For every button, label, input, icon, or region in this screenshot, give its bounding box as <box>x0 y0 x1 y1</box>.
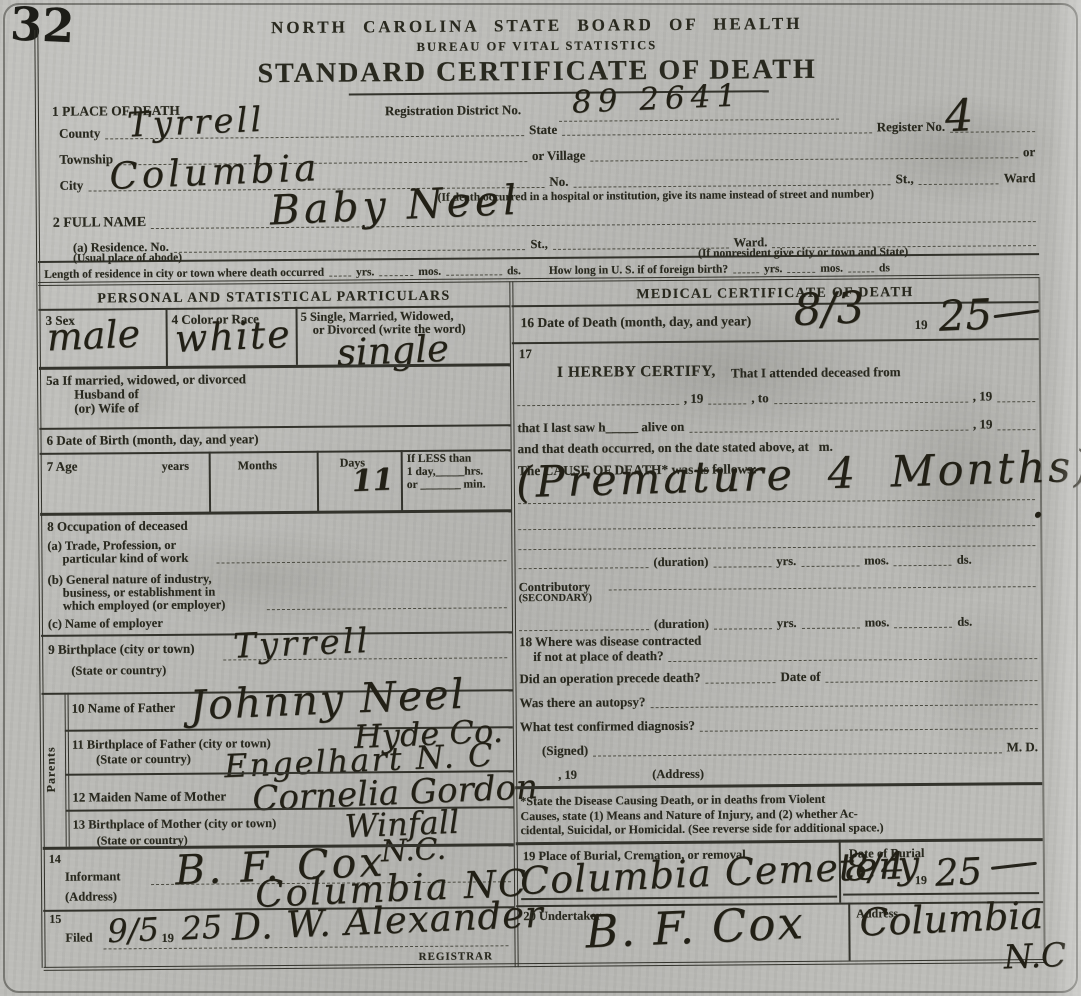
st-label: St., <box>896 171 914 187</box>
blank-line <box>705 681 775 684</box>
left-border <box>34 30 45 968</box>
duration-label: (duration) <box>654 617 709 632</box>
county-value: Tyrrell <box>126 100 265 146</box>
blank-line <box>708 402 746 404</box>
rule <box>40 509 511 516</box>
ds-label: ds <box>879 262 890 274</box>
register-no-value: 4 <box>944 90 974 142</box>
cell-divider <box>295 307 297 365</box>
ward-label: Ward <box>1004 170 1036 186</box>
date-of-death-year-prefix: 19 <box>915 317 928 333</box>
blank-line <box>774 401 968 405</box>
cell-divider <box>209 452 211 513</box>
blank-line <box>518 524 1035 530</box>
date-of-death-label: 16 Date of Death (month, day, and year) <box>521 313 752 331</box>
burial-date-value: 8/4 <box>844 844 905 890</box>
filed-label: Filed <box>65 931 92 946</box>
yrs-label: yrs. <box>777 616 797 631</box>
blank-line <box>669 657 1038 662</box>
registrar-label: REGISTRAR <box>419 950 493 963</box>
blank-line <box>919 182 999 185</box>
duration-row-2: (duration) yrs. mos. ds. <box>519 614 1037 633</box>
scanned-death-certificate: 32 NORTH CAROLINA STATE BOARD OF HEALTH … <box>0 0 1081 996</box>
pen-stroke <box>994 309 1040 318</box>
year-19-label: , 19 <box>973 416 993 432</box>
full-name-label: 2 FULL NAME <box>53 215 146 232</box>
operation-label: Did an operation precede death? <box>519 670 700 687</box>
last-saw-row: that I last saw h_____ alive on , 19 <box>517 416 1035 436</box>
certificate-document: 32 NORTH CAROLINA STATE BOARD OF HEALTH … <box>0 0 1081 996</box>
ds-label: ds. <box>507 265 521 277</box>
autopsy-label: Was there an autopsy? <box>520 694 646 711</box>
to-label: , to <box>751 390 768 406</box>
year-19-label: , 19 <box>684 391 704 407</box>
blank-line <box>517 403 679 406</box>
duration-label: (duration) <box>653 555 708 570</box>
county-label: County <box>59 125 100 141</box>
marital-value: single <box>336 327 450 375</box>
duration-row: (duration) yrs. mos. ds. <box>518 552 1036 571</box>
cell-divider <box>401 450 403 511</box>
foreign-birth-label: How long in U. S. if of foreign birth? <box>549 264 728 277</box>
blank-line <box>329 274 351 276</box>
yrs-label: yrs. <box>356 266 374 278</box>
length-of-residence-label: Length of residence in city or town wher… <box>44 267 324 281</box>
attended-dates-row: , 19 , to , 19 <box>517 388 1035 408</box>
age-label: 7 Age <box>47 459 78 475</box>
last-saw-label: that I last saw h_____ alive on <box>517 419 684 436</box>
blank-line <box>174 248 526 253</box>
registration-district-value: 89 2641 <box>571 77 743 120</box>
dob-label: 6 Date of Birth (month, day, and year) <box>46 431 258 449</box>
certify-rest-label: That I attended deceased from <box>731 364 901 381</box>
nonresident-note: (If nonresident give city or town and St… <box>698 246 908 260</box>
abode-note: (Usual place of abode) <box>73 252 182 265</box>
filed-year-value: 25 <box>181 908 223 948</box>
filed-no: 15 <box>49 912 61 927</box>
cell-divider <box>165 308 167 366</box>
date-of-death-year: 25 <box>938 290 993 341</box>
parents-divider <box>65 693 70 847</box>
race-value: white <box>174 312 293 361</box>
township-label: Township <box>59 151 113 167</box>
signed-row: (Signed) M. D. <box>542 740 1038 759</box>
blank-line <box>689 429 968 433</box>
parents-label: Parents <box>43 746 58 792</box>
birthplace-label: 9 Birthplace (city or town) <box>48 641 194 658</box>
certify-label: I HEREBY CERTIFY, <box>557 363 716 382</box>
item-17-label: 17 <box>519 346 532 362</box>
md-label: M. D. <box>1006 739 1038 755</box>
informant-no: 14 <box>49 852 61 867</box>
blank-line <box>894 626 952 628</box>
blank-line <box>801 564 859 566</box>
blank-line <box>379 274 413 276</box>
blank-line <box>997 400 1035 402</box>
age-years-label: years <box>162 459 189 474</box>
informant-address-label: (Address) <box>65 889 117 904</box>
test-row: What test confirmed diagnosis? <box>520 716 1038 735</box>
address-19-label: , 19 <box>558 768 577 783</box>
birthplace-state-label: (State or country) <box>71 663 166 679</box>
rule <box>39 424 510 429</box>
blank-line <box>216 559 506 563</box>
or-village-label: or Village <box>532 148 586 164</box>
blank-line <box>574 183 891 187</box>
blank-line <box>526 274 544 275</box>
age-less-note: If LESS than 1 day,_____hrs. or _______ … <box>407 452 486 492</box>
cause-period: . <box>1029 474 1046 529</box>
registration-district-label: Registration District No. <box>385 102 521 119</box>
mother-birthplace-state-value: N.C. <box>380 832 447 870</box>
address-paren-label: (Address) <box>652 767 704 782</box>
blank-line <box>446 273 502 275</box>
blank-line <box>650 703 1037 708</box>
burial-year-value: 25 <box>934 850 983 895</box>
ds-label: ds. <box>957 553 972 568</box>
father-name-label: 10 Name of Father <box>72 700 176 717</box>
married-label-3: (or) Wife of <box>74 400 139 417</box>
signed-label: (Signed) <box>542 743 588 759</box>
rule <box>516 838 1043 845</box>
blank-line <box>997 428 1035 430</box>
date-of-death-value: 8/3 <box>792 282 865 336</box>
blank-line <box>519 566 649 569</box>
blank-line <box>826 679 1038 683</box>
yrs-label: yrs. <box>776 554 796 569</box>
where-contracted-row: if not at place of death? <box>533 646 1037 665</box>
or-label: or <box>1023 144 1035 160</box>
blank-line <box>714 627 772 629</box>
mos-label: mos. <box>864 553 889 568</box>
blank-line <box>609 585 1036 590</box>
right-border <box>1038 277 1045 963</box>
ds-label: ds. <box>957 615 972 630</box>
blank-line <box>787 271 815 273</box>
blank-line <box>733 271 759 273</box>
rule <box>512 338 1039 344</box>
blank-line <box>802 626 860 628</box>
date-of-label: Date of <box>780 669 820 685</box>
mos-label: mos. <box>865 615 890 630</box>
scan-right-edge <box>1051 0 1081 996</box>
rule <box>515 782 1042 789</box>
burial-year-prefix: 19 <box>915 873 927 888</box>
secondary-label: (SECONDARY) <box>519 593 592 605</box>
year-19-label: , 19 <box>973 388 993 404</box>
occupation-b3: which employed (or employer) <box>63 597 226 613</box>
sex-value: male <box>46 312 141 360</box>
blank-line <box>894 564 952 566</box>
informant-label: Informant <box>65 869 121 884</box>
mother-birthplace-label: 13 Birthplace of Mother (city or town) <box>72 816 276 833</box>
blank-line <box>518 544 1035 550</box>
autopsy-row: Was there an autopsy? <box>520 692 1038 711</box>
father-birthplace-state-label: (State or country) <box>96 752 191 768</box>
undertaker-cell-divider <box>848 903 850 961</box>
cell-divider <box>317 451 319 512</box>
blank-line <box>848 270 874 272</box>
operation-row: Did an operation precede death? Date of <box>519 668 1037 687</box>
age-months-label: Months <box>238 458 277 473</box>
pen-stroke <box>991 862 1037 870</box>
blank-line <box>713 565 771 567</box>
where-contracted-label-2: if not at place of death? <box>533 648 663 665</box>
bottom-border <box>44 959 1045 971</box>
blank-line <box>593 751 1001 756</box>
blank-line <box>562 131 872 135</box>
blank-line <box>519 628 649 631</box>
mos-label: mos. <box>418 266 441 278</box>
blank-line <box>591 156 1019 161</box>
undertaker-value: B. F. Cox <box>584 896 805 958</box>
certificate-title: STANDARD CERTIFICATE OF DEATH <box>0 52 1078 92</box>
filed-date-value: 9/5 <box>107 910 160 950</box>
mother-name-label: 12 Maiden Name of Mother <box>72 788 226 805</box>
test-label: What test confirmed diagnosis? <box>520 718 695 735</box>
occupation-label: 8 Occupation of deceased <box>47 518 188 535</box>
age-days-value: 11 <box>351 462 394 499</box>
register-no-label: Register No. <box>877 119 945 136</box>
residence-st-label: St., <box>530 237 547 252</box>
filed-year-prefix: 19 <box>161 931 174 946</box>
cause-footnote: *State the Disease Causing Death, or in … <box>520 790 1036 838</box>
mos-label: mos. <box>820 263 843 275</box>
blank-line <box>267 606 507 610</box>
city-label: City <box>59 178 83 194</box>
occupation-a2: particular kind of work <box>62 551 188 567</box>
full-name-row: 2 FULL NAME <box>53 206 1036 232</box>
blank-line <box>700 727 1038 732</box>
street-no-label: No. <box>549 174 568 190</box>
yrs-label: yrs. <box>764 263 782 275</box>
state-label: State <box>529 122 557 138</box>
occupation-c: (c) Name of employer <box>48 616 163 632</box>
